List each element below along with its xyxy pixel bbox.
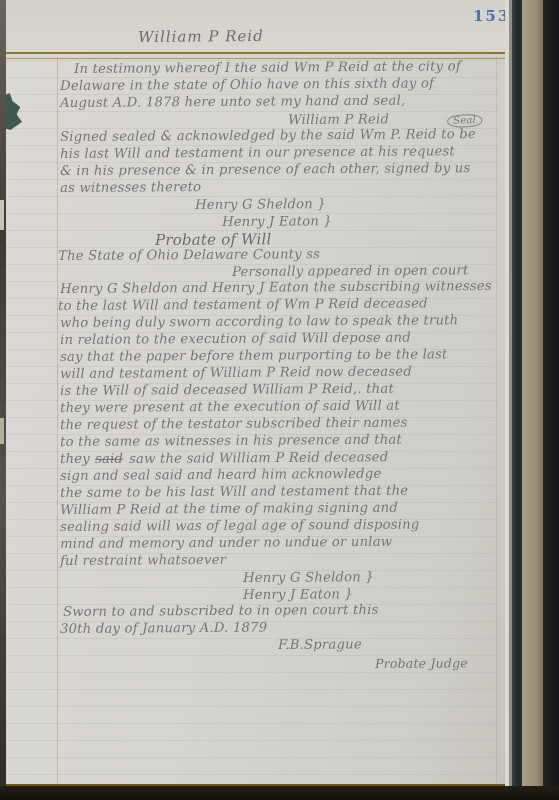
manuscript-line: Sworn to and subscribed to in open court… <box>63 603 379 620</box>
manuscript-line: who being duly sworn according to law to… <box>60 313 458 331</box>
manuscript-line: The State of Ohio Delaware County ss <box>58 247 320 264</box>
manuscript-line: saw the said William P Reid deceased <box>129 450 388 467</box>
witness-signature: Henry J Eaton } <box>222 214 332 230</box>
manuscript-line: mind and memory and under no undue or un… <box>60 535 392 552</box>
manuscript-line: say that the paper before them purportin… <box>60 347 448 365</box>
manuscript-line: Signed sealed & acknowledged by the said… <box>60 127 476 145</box>
testator-signature: William P Reid <box>288 112 389 128</box>
manuscript-line: to the same as witnesses in his presence… <box>60 433 402 450</box>
manuscript-line: they were present at the execution of sa… <box>60 399 400 416</box>
manuscript-line: they <box>60 452 90 467</box>
manuscript-line: his last Will and testament in our prese… <box>60 144 455 162</box>
manuscript-line: In testimony whereof I the said Wm P Rei… <box>74 59 461 77</box>
witness-signature: Henry J Eaton } <box>243 587 353 603</box>
section-heading: Probate of Will <box>155 230 272 249</box>
manuscript-line: the same to be his last Will and testame… <box>60 484 408 501</box>
struck-word: said <box>95 452 123 467</box>
manuscript-line: the request of the testator subscribed t… <box>60 416 408 433</box>
manuscript-line: sign and seal said and heard him acknowl… <box>60 467 382 484</box>
manuscript-line: Delaware in the state of Ohio have on th… <box>60 76 434 94</box>
manuscript-line: ful restraint whatsoever <box>60 553 226 569</box>
manuscript-line: sealing said will was of legal age of so… <box>60 517 420 535</box>
document-title: William P Reid <box>138 27 264 46</box>
manuscript-line: Personally appeared in open court <box>232 263 469 280</box>
manuscript-line: William P Reid at the time of making sig… <box>60 501 398 518</box>
left-edge-notch <box>0 418 4 444</box>
left-edge-notch <box>0 200 4 230</box>
background-shadow <box>543 0 559 800</box>
manuscript-line: 30th day of January A.D. 1879 <box>60 621 267 637</box>
manuscript-line: in relation to the execution of said Wil… <box>60 331 411 348</box>
manuscript-line: will and testament of William P Reid now… <box>60 365 412 382</box>
manuscript-line: Henry G Sheldon and Henry J Eaton the su… <box>60 279 492 297</box>
table-surface <box>0 786 559 800</box>
witness-signature: Henry G Sheldon } <box>195 197 326 213</box>
manuscript-line: as witnesses thereto <box>60 180 201 196</box>
judge-signature: F.B.Sprague <box>278 637 362 653</box>
manuscript-line: August A.D. 1878 here unto set my hand a… <box>60 94 405 111</box>
judge-title: Probate Judge <box>375 655 468 671</box>
left-book-edge <box>0 0 6 800</box>
scanned-ledger-photo: William P Reid 153 In testimony whereof … <box>0 0 559 800</box>
right-margin-line <box>496 57 497 783</box>
left-margin-line <box>57 57 58 783</box>
manuscript-line: & in his presence & in presence of each … <box>60 161 470 179</box>
manuscript-line: is the Will of said deceased William P R… <box>60 382 394 399</box>
witness-signature: Henry G Sheldon } <box>243 570 374 586</box>
book-spine-edge <box>522 0 543 800</box>
manuscript-line: to the last Will and testament of Wm P R… <box>58 296 428 314</box>
book-cover-edge <box>512 0 522 800</box>
header-divider-rule <box>6 52 505 59</box>
